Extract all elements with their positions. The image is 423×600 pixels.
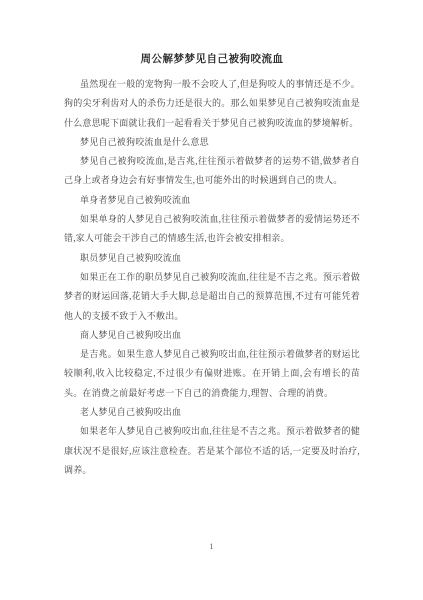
section-heading-single: 单身者梦见自己被狗咬流血 — [64, 191, 360, 210]
paragraph-employee: 如果正在工作的职员梦见自己被狗咬流血,往往是不吉之兆。预示着做梦者的财运回落,花… — [64, 268, 360, 326]
page-title: 周公解梦梦见自己被狗咬流血 — [64, 50, 360, 70]
intro-paragraph: 虽然现在一般的宠物狗一般不会咬人了,但是狗咬人的事情还是不少。狗的尖牙利齿对人的… — [64, 75, 360, 133]
paragraph-elderly: 如果老年人梦见自己被狗咬出血,往往是不吉之兆。预示着做梦者的健康状况不是很好,应… — [64, 422, 360, 480]
section-heading-employee: 职员梦见自己被狗咬流血 — [64, 249, 360, 268]
document-page: 周公解梦梦见自己被狗咬流血 虽然现在一般的宠物狗一般不会咬人了,但是狗咬人的事情… — [0, 0, 423, 600]
paragraph-businessman: 是吉兆。如果生意人梦见自己被狗咬出血,往往预示着做梦者的财运比较顺利,收入比较稳… — [64, 345, 360, 403]
article-body: 周公解梦梦见自己被狗咬流血 虽然现在一般的宠物狗一般不会咬人了,但是狗咬人的事情… — [64, 50, 360, 480]
section-heading-elderly: 老人梦见自己被狗咬出血 — [64, 403, 360, 422]
section-heading-meaning: 梦见自己被狗咬流血是什么意思 — [64, 133, 360, 152]
section-heading-businessman: 商人梦见自己被狗咬出血 — [64, 326, 360, 345]
paragraph-meaning: 梦见自己被狗咬流血,是吉兆,往往预示着做梦者的运势不错,做梦者自己身上或者身边会… — [64, 152, 360, 191]
page-number: 1 — [0, 542, 423, 552]
paragraph-single: 如果单身的人梦见自己被狗咬流血,往往预示着做梦者的爱情运势还不错,家人可能会干涉… — [64, 210, 360, 249]
